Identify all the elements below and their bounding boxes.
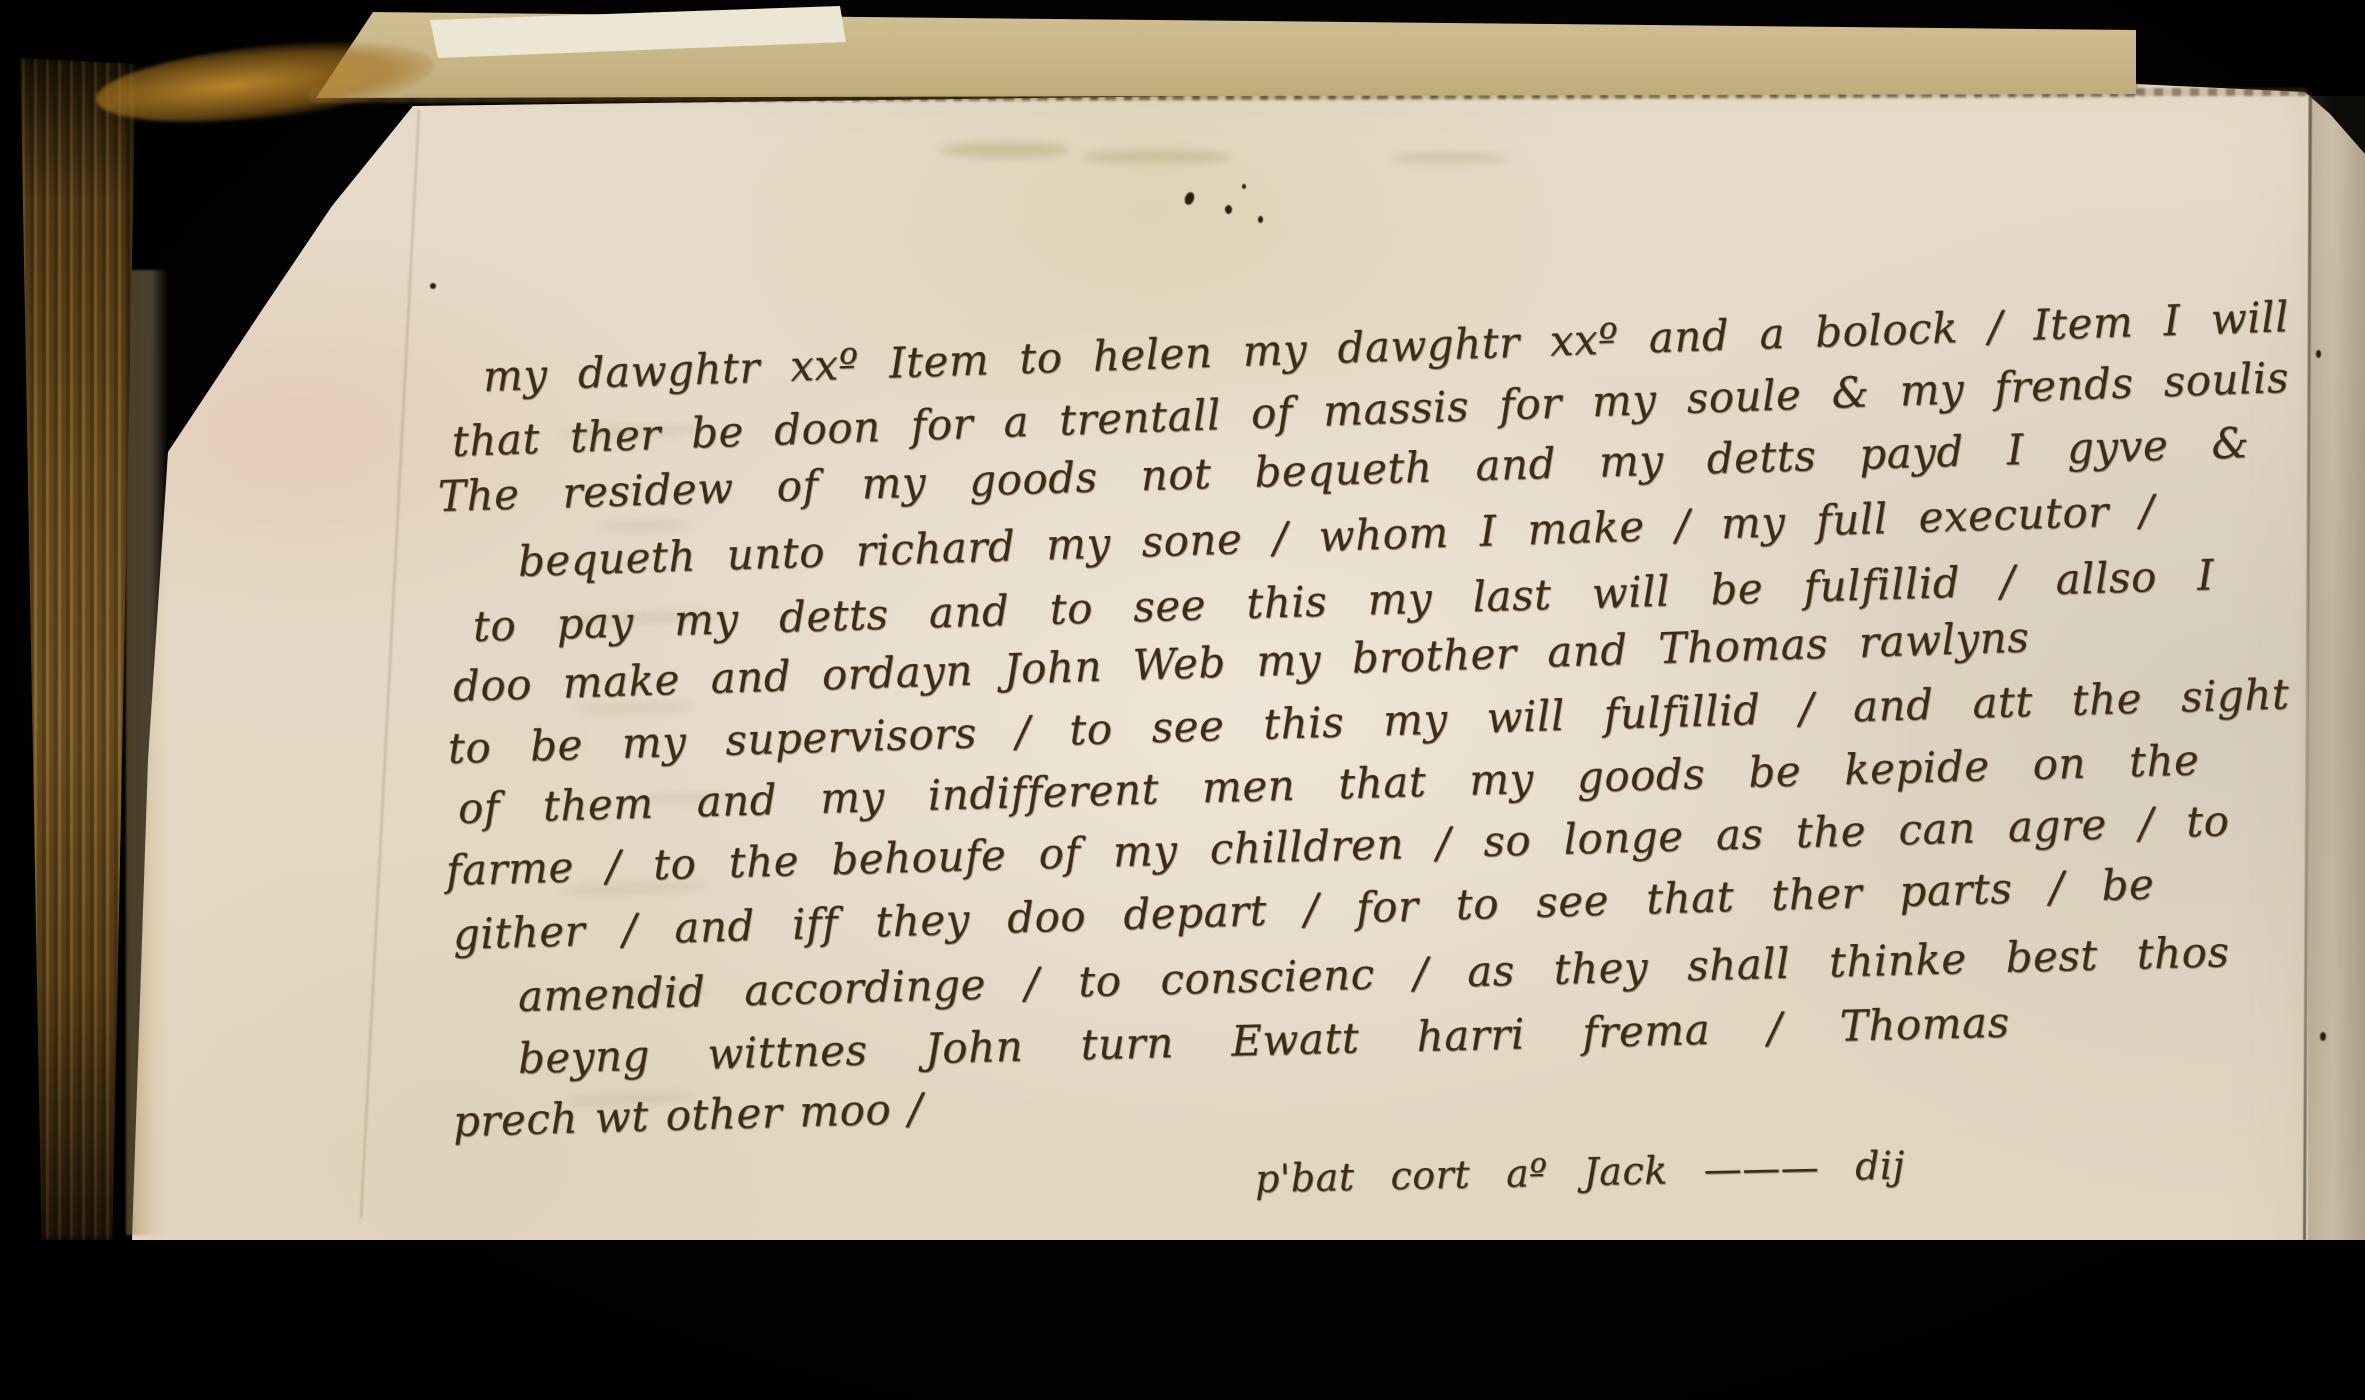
ink-speck xyxy=(1242,184,1246,189)
ghost-writing-smudge xyxy=(1082,150,1232,164)
glue-stain xyxy=(92,28,438,135)
manuscript-line-13: prech wt other moo / xyxy=(452,1088,923,1143)
deckle-edge-right xyxy=(2136,88,2308,96)
page-edge-stack xyxy=(126,270,168,1235)
ghost-writing-smudge xyxy=(940,142,1070,158)
book-spine xyxy=(18,58,136,1240)
manuscript-photo: my dawghtr xxº Item to helen my dawghtr … xyxy=(0,0,2365,1400)
ink-speck xyxy=(2316,350,2321,358)
ink-speck xyxy=(1225,205,1232,214)
adjacent-page-shade xyxy=(2308,96,2365,1240)
ink-speck xyxy=(2320,1032,2326,1041)
ink-speck xyxy=(430,283,436,289)
ink-speck xyxy=(1258,216,1263,223)
ghost-writing-smudge xyxy=(1390,152,1510,164)
